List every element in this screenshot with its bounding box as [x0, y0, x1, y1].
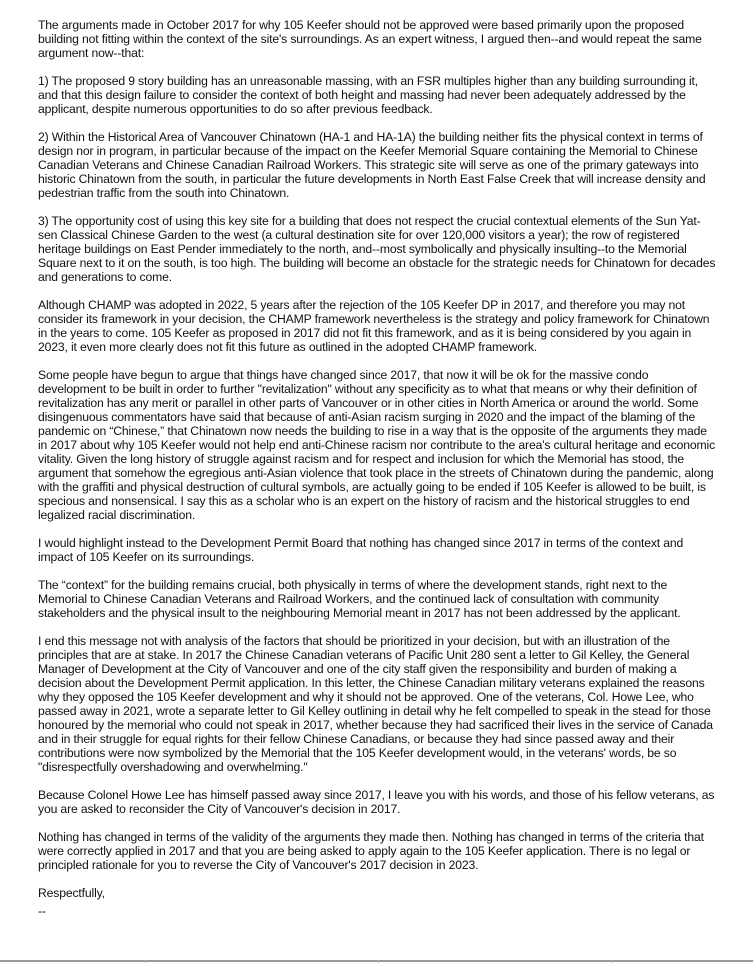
paragraph-howe-lee: Because Colonel Howe Lee has himself pas… [38, 788, 718, 816]
paragraph-point-1: 1) The proposed 9 story building has an … [38, 74, 718, 116]
paragraph-point-2: 2) Within the Historical Area of Vancouv… [38, 130, 718, 200]
letter-body: The arguments made in October 2017 for w… [38, 18, 718, 918]
page-bottom-border [0, 960, 753, 962]
paragraph-context: The “context” for the building remains c… [38, 578, 718, 620]
paragraph-highlight: I would highlight instead to the Develop… [38, 536, 718, 564]
paragraph-veterans: I end this message not with analysis of … [38, 634, 718, 774]
paragraph-champ: Although CHAMP was adopted in 2022, 5 ye… [38, 298, 718, 354]
paragraph-conclusion: Nothing has changed in terms of the vali… [38, 830, 718, 872]
closing-salutation: Respectfully, [38, 886, 718, 900]
paragraph-revitalization: Some people have begun to argue that thi… [38, 368, 718, 522]
paragraph-point-3: 3) The opportunity cost of using this ke… [38, 214, 718, 284]
paragraph-intro: The arguments made in October 2017 for w… [38, 18, 718, 60]
signature-separator: -- [38, 904, 718, 918]
